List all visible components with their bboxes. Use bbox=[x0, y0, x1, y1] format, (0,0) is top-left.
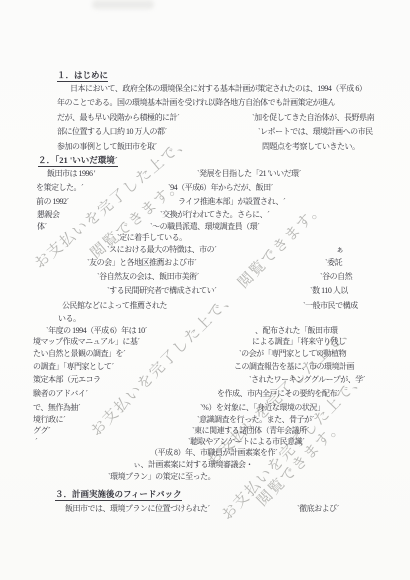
text-segment: 飯田市では、環境プランに位置づけられた´ bbox=[65, 504, 210, 514]
text-segment: 年のことである。国の環境基本計画を受け´ bbox=[57, 98, 202, 108]
text-segment: 境マップ作成マニュアル」に基´ bbox=[33, 337, 140, 347]
text-segment: 問題点を考察していきたい。 bbox=[262, 142, 360, 152]
text-segment: `〜の職員派遣、環境調査員（環´ bbox=[150, 222, 259, 232]
text-segment: （平成 8）年、市職員が計画素案を作´ bbox=[150, 448, 277, 458]
section-heading: ３．計画実施後のフィードバック bbox=[55, 489, 182, 501]
text-segment: を作成、市内全戸にその要約を配布´ bbox=[217, 389, 339, 399]
text-segment: ぁ bbox=[336, 245, 344, 255]
text-segment: で、無作為抽´ bbox=[33, 403, 80, 413]
text-segment: 懇親会 bbox=[37, 210, 60, 220]
text-segment: `委託 bbox=[325, 258, 342, 268]
text-segment: 日本において、政府全体の環境保全に対する基本計画が策定されたのは、1994（平成… bbox=[70, 84, 366, 94]
text-segment: `スにおける最大の特徴は、市の´ bbox=[107, 245, 216, 255]
text-segment: だが、最も早い段階から積極的に計´ bbox=[57, 113, 179, 123]
text-segment: ライフ推進本部」が設置され、´ bbox=[178, 197, 285, 207]
text-segment: 境行政に´ bbox=[33, 415, 65, 425]
section-heading: １．はじめに bbox=[57, 70, 108, 82]
document-page: お支払いを完了した上で、閲覧できます。閲覧できます。お支払いを完了した上で、お支… bbox=[0, 0, 410, 580]
text-segment: `東に関連する諸団体（青年会議所´ bbox=[192, 426, 309, 436]
text-segment: 参加の事例として飯田市を取´ bbox=[57, 142, 157, 152]
text-segment: の調査」「専門家として´ bbox=[33, 362, 114, 372]
text-segment: `意識調査を行った。また、骨子が´ bbox=[197, 415, 314, 425]
text-segment: 、配布された「飯田市環 bbox=[255, 326, 338, 336]
text-segment: を策定した。´ bbox=[36, 183, 83, 193]
text-segment: `する民間研究者で構成されてい´ bbox=[107, 286, 216, 296]
text-segment: 飯田市は 1996 ' bbox=[47, 169, 95, 179]
text-segment: 験者のアドバイ´ bbox=[33, 389, 88, 399]
text-segment: `94（平成6）年からだが、飯田´ bbox=[168, 183, 273, 193]
text-segment: `レポートでは、環境計画への市民 bbox=[258, 127, 373, 137]
text-segment: ググ´ bbox=[33, 426, 50, 436]
text-segment: ぃ、計画素案に対する環境審議会・ bbox=[133, 460, 253, 470]
text-segment: `の会が「専門家としての動植物 bbox=[239, 349, 346, 359]
section-heading: ２．「21 'いいだ環境´ bbox=[38, 155, 118, 167]
text-segment: 部に位置する人口約 10 万人の都´ bbox=[57, 127, 167, 137]
text-segment: `数 110 人以 bbox=[310, 286, 348, 296]
text-segment: `%）を対象に、「身近な環境の状況」 bbox=[200, 403, 324, 413]
text-segment: `徹底および´ bbox=[297, 504, 339, 514]
text-segment: `一般市民で構成 bbox=[303, 301, 358, 311]
text-layer: １．はじめに日本において、政府全体の環境保全に対する基本計画が策定されたのは、1… bbox=[0, 0, 410, 580]
text-segment: たい自然と景観の調査」を´ bbox=[33, 349, 125, 359]
text-segment: `発展を目指した「21 'いいだ環´ bbox=[197, 169, 301, 179]
text-segment: `定に着手している。 bbox=[117, 233, 187, 243]
text-segment: `環境プラン」の策定に至った。 bbox=[108, 472, 215, 482]
text-segment: `交換が行われてきた。さらに、´ bbox=[160, 210, 269, 220]
text-segment: `されたワーキンググループが、学´ bbox=[249, 375, 365, 385]
text-segment: `谷の自然 bbox=[320, 272, 352, 282]
text-segment: 体´ bbox=[37, 222, 47, 232]
text-segment: `友の会」と各地区推薦および市´ bbox=[87, 258, 196, 268]
text-segment: `年度の 1994（平成 6）年は 10´ bbox=[46, 326, 147, 336]
text-segment: `聴取やアンケートによる市民意識´ bbox=[188, 437, 304, 447]
text-segment: この調査報告を基に、市の環境計画 bbox=[234, 362, 354, 372]
text-segment: `谷自然友の会は、飯田市美術´ bbox=[97, 272, 199, 282]
text-segment: 策定本部（元エコラ bbox=[33, 375, 101, 385]
text-segment: いる。 bbox=[58, 314, 81, 324]
text-segment: 公民館などによって推薦された bbox=[62, 301, 167, 311]
text-segment: ´ bbox=[35, 437, 37, 447]
text-segment: による調査」「将来守り残し bbox=[252, 337, 346, 347]
text-segment: `れ以降各地方自治体でも計画策定が進ん bbox=[198, 98, 335, 108]
text-segment: `加を促してきた自治体が、長野県南 bbox=[252, 113, 374, 123]
text-segment: 前の 1992´ bbox=[36, 197, 69, 207]
